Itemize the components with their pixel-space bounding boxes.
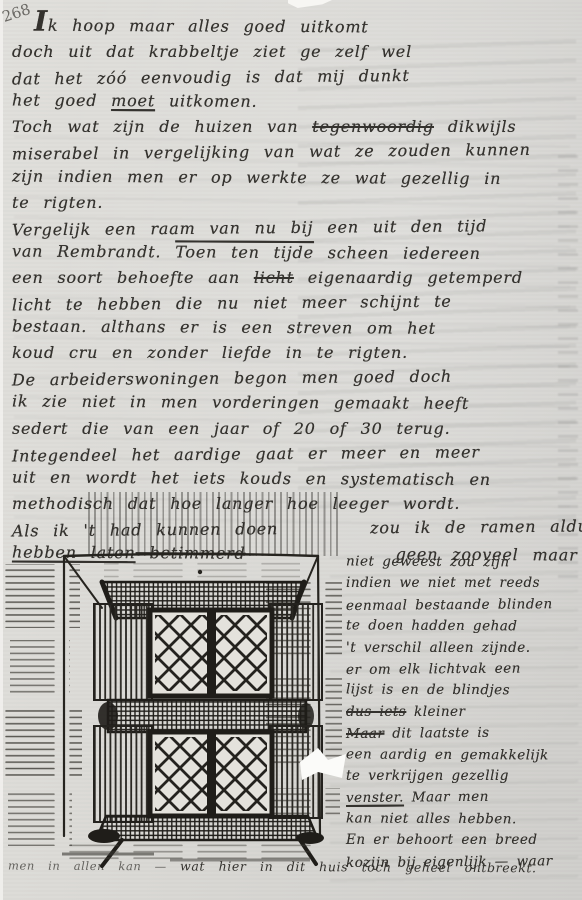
word-segment: eigenaardig getemperd — [294, 265, 523, 290]
word-segment: lijst is en de blindjes — [346, 680, 510, 702]
text-line: sedert die van een jaar of 20 of 30 teru… — [12, 416, 574, 441]
lower-mullion — [207, 732, 216, 816]
word-segment: het goed — [12, 88, 111, 114]
letter-main-text: Ik hoop maar alles goed uitkomtdoch uit … — [12, 10, 574, 566]
text-line: 't verschil alleen zijnde. — [346, 638, 578, 659]
lower-left-lattice-pane — [155, 737, 208, 811]
word-segment: een aardig en gemakkelijk — [346, 744, 549, 766]
text-line: het goed moet uitkomen. — [12, 88, 574, 116]
text-line: koud cru en zonder liefde in te rigten. — [12, 340, 574, 365]
text-line: doch uit dat krabbeltje ziet ge zelf wel — [12, 39, 574, 64]
text-line: er om elk lichtvak een — [346, 658, 578, 681]
text-line: Toch wat zijn de huizen van tegenwoordig… — [12, 114, 574, 139]
text-line: Vergelijk een raam van nu bij een uit de… — [12, 212, 574, 242]
word-segment: Toch wat zijn de huizen van — [12, 114, 312, 139]
word-segment: ik zie niet in men vorderingen gemaakt h… — [12, 389, 469, 416]
text-line: lijst is en de blindjes — [346, 680, 578, 703]
text-line: een aardig en gemakkelijk — [346, 744, 578, 767]
word-segment: Maar men — [404, 787, 489, 809]
sketch-top-hatching — [88, 492, 338, 556]
word-segment: eenmaal bestaande blinden — [346, 594, 553, 617]
word-segment: moet — [111, 88, 155, 113]
text-line: ik zie niet in men vorderingen gemaakt h… — [12, 389, 574, 417]
text-line: bestaan. althans er is een streven om he… — [12, 314, 574, 342]
text-line: Ik hoop maar alles goed uitkomt — [12, 9, 574, 41]
word-segment: van Rembrandt. — [12, 238, 175, 264]
word-segment: scheen iedereen — [314, 240, 481, 266]
text-line: eenmaal bestaande blinden — [346, 594, 578, 617]
word-segment: kleiner — [406, 702, 465, 723]
text-line: dus iets kleiner — [346, 702, 578, 723]
letter-right-column: niet geweest zou zijnindien we niet met … — [346, 552, 578, 873]
word-segment: kan niet alles hebben. — [346, 808, 517, 830]
text-line: te doen hadden gehad — [346, 616, 578, 639]
word-segment: licht — [254, 265, 294, 290]
upper-left-shutter — [94, 604, 152, 700]
word-segment: te verkrijgen gezellig — [346, 766, 509, 787]
word-segment: dit laatste is — [384, 723, 489, 745]
upper-right-shutter — [270, 604, 322, 700]
lower-left-shutter — [94, 726, 152, 822]
paper-notch — [288, 0, 332, 8]
margin-hatching-left — [4, 564, 82, 846]
word-segment: Integendeel het aardige gaat er meer en … — [12, 439, 480, 468]
word-segment: miserabel in vergelijking van wat ze zou… — [12, 137, 531, 167]
upper-left-lattice-pane — [155, 615, 208, 691]
lower-right-lattice-pane — [215, 737, 267, 811]
word-segment: dus iets — [346, 702, 406, 723]
word-segment: indien we niet met reeds — [346, 573, 540, 594]
word-segment: zou ik de ramen aldus — [370, 513, 582, 540]
word-segment: tegenwoordig — [312, 114, 434, 139]
scan-edge — [0, 0, 3, 900]
window-sketch — [4, 548, 348, 878]
word-segment: venster. — [346, 788, 404, 810]
text-line: venster. Maar men — [346, 786, 578, 809]
window-feet — [60, 840, 324, 866]
word-segment: een soort behoefte aan — [12, 265, 254, 290]
text-line: zijn indien men er op werkte ze wat geze… — [12, 163, 574, 191]
word-segment: 't verschil alleen zijnde. — [346, 638, 531, 659]
text-line: van Rembrandt. Toen ten tijde scheen ied… — [12, 238, 574, 266]
word-segment: uitkomen. — [155, 89, 257, 115]
text-line: uit en wordt het iets kouds en systemati… — [12, 464, 574, 492]
text-line: een soort behoefte aan licht eigenaardig… — [12, 265, 574, 290]
text-line: Maar dit laatste is — [346, 722, 578, 745]
word-segment: uit en wordt het iets kouds en systemati… — [12, 464, 491, 492]
word-segment: zijn indien men er op werkte ze wat geze… — [12, 163, 501, 191]
text-line: Integendeel het aardige gaat er meer en … — [12, 438, 574, 468]
text-line: indien we niet met reeds — [346, 573, 578, 594]
word-segment: doch uit dat krabbeltje ziet ge zelf wel — [12, 39, 412, 64]
text-line: te verkrijgen gezellig — [346, 766, 578, 787]
word-segment: Ik hoop maar alles goed uitkomt — [34, 9, 369, 40]
text-line: kan niet alles hebben. — [346, 808, 578, 831]
word-segment: koud cru en zonder liefde in te rigten. — [12, 340, 408, 365]
word-segment: te doen hadden gehad — [346, 616, 518, 638]
word-segment: Toen ten tijde — [175, 239, 314, 265]
text-line: niet geweest zou zijn — [346, 551, 578, 574]
text-line: miserabel in vergelijking van wat ze zou… — [12, 137, 574, 167]
upper-right-lattice-pane — [215, 615, 267, 691]
word-segment: En er behoort een breed — [346, 830, 538, 851]
lower-window-row — [94, 726, 322, 822]
letter-page: 268 Ik hoop maar alles goed uitkomtdoch … — [0, 0, 582, 900]
word-segment: er om elk lichtvak een — [346, 659, 521, 682]
upper-window-row — [94, 604, 322, 700]
upper-mullion — [207, 610, 216, 696]
word-segment: Maar — [346, 724, 385, 746]
word-segment: sedert die van een jaar of 20 of 30 teru… — [12, 416, 451, 441]
text-line: En er behoort een breed — [346, 830, 578, 851]
word-segment: bestaan. althans er is een streven om he… — [12, 314, 436, 341]
text-line: te rigten. — [12, 190, 574, 215]
word-segment: niet geweest zou zijn — [346, 551, 510, 573]
word-segment: te rigten. — [12, 190, 103, 215]
word-segment: dikwijls — [434, 114, 516, 139]
